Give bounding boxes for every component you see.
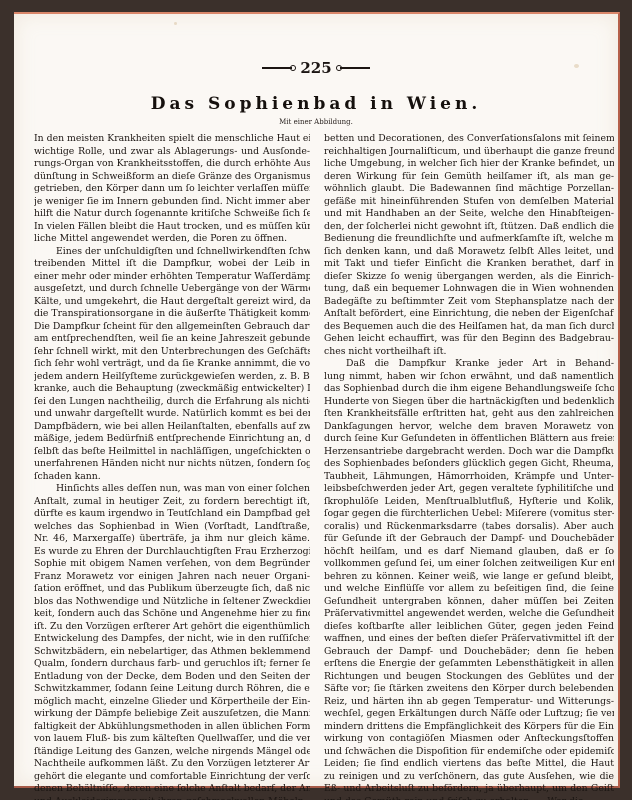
text-line: denen Behältniſſe, deren eine ſolche Anſ… <box>34 783 310 796</box>
text-line: Dankſagungen hervor, welche dem braven M… <box>324 421 614 434</box>
text-line: Es wurde zu Ehren der Durchlauchtigſten … <box>34 546 310 559</box>
text-line: Entladung von der Decke, dem Boden und d… <box>34 671 310 684</box>
text-line: ſogar gegen die fürchterlichen Uebel: Mi… <box>324 508 614 521</box>
text-line: reichhaltigen Journaliſticum, und überha… <box>324 146 614 159</box>
text-line: ſei den Lungen nachtheilig, durch die Er… <box>34 396 310 409</box>
text-line: Franz Morawetz vor einigen Jahren nach n… <box>34 571 310 584</box>
article-title: Das Sophienbad in Wien. <box>14 94 618 114</box>
text-line: rungs-Organ von Krankheitsstoffen, die d… <box>34 158 310 171</box>
text-line: je weniger ſie im Innern gebunden ſind. … <box>34 196 310 209</box>
text-line: mäßige, jedem Bedürfniß entſprechende Ei… <box>34 433 310 446</box>
left-text-column: In den meisten Krankheiten spielt die me… <box>34 133 310 800</box>
text-line: Herzensantriebe dargebracht werden. Doch… <box>324 446 614 459</box>
text-line: wirkung von contagiöſen Miasmen oder Anſ… <box>324 733 614 746</box>
text-line: In vielen Fällen bleibt die Haut trocken… <box>34 221 310 234</box>
text-line: ſten Krankheitsfälle erſtritten hat, geh… <box>324 408 614 421</box>
text-line: Taubheit, Lähmungen, Hämorrhoiden, Krämp… <box>324 471 614 484</box>
text-line: dünſtung in Schweißform an dieſe Gränze … <box>34 171 310 184</box>
text-line: Nachtheile aufkommen läßt. Zu den Vorzüg… <box>34 758 310 771</box>
paper-speck <box>174 22 177 25</box>
page-number-header: 225 <box>14 59 618 77</box>
text-line: Reiz, und härten ihn ab gegen Temperatur… <box>324 696 614 709</box>
text-line: leibsbeſchwerden jeder Art, gegen veralt… <box>324 483 614 496</box>
text-line: zu reinigen und zu verſchönern, das gute… <box>324 771 614 784</box>
text-line: Gebrauch der Dampf- und Douchebäder; den… <box>324 646 614 659</box>
text-line: hilft die Natur durch ſogenannte kritiſc… <box>34 208 310 221</box>
text-line: des Bequemen auch die des Heilſamen hat,… <box>324 321 614 334</box>
text-line: ſelbſt das beſte Heilmittel in nachläſſi… <box>34 446 310 459</box>
text-line: betten und Decorationen, des Converſatio… <box>324 133 614 146</box>
text-line: jedem andern Heilſyſteme zurückgewieſen … <box>34 371 310 384</box>
text-line: wirkung der Dämpfe beliebige Zeit auszuſ… <box>34 708 310 721</box>
text-line: Badegäſte zu beſtimmter Zeit vom Stephan… <box>324 296 614 309</box>
text-line: und welche Einflüſſe vor allem zu beſeit… <box>324 583 614 596</box>
text-line: treibenden Mittel iſt die Dampfkur, wobe… <box>34 258 310 271</box>
text-line: dieſer Skizze ſo wenig übergangen werden… <box>324 271 614 284</box>
text-line: ſehr ſchnell wirkt, mit den Unterbrechun… <box>34 346 310 359</box>
text-line: liche Mittel angewendet werden, die Pore… <box>34 233 310 246</box>
text-line: Eß- und Arbeitsluſt zu befördern, ja übe… <box>324 783 614 796</box>
text-line: den, der ſolcherlei nicht gewohnt iſt, ſ… <box>324 221 614 234</box>
text-line: behren zu können. Keiner weiß, wie lange… <box>324 571 614 584</box>
text-line: tung, daß ein bequemer Lohnwagen die in … <box>324 283 614 296</box>
text-line: kranke, auch die Behauptung (zweckmäßig … <box>34 383 310 396</box>
text-line: und unwahr dargeſtellt wurde. Natürlich … <box>34 408 310 421</box>
text-line: ſkrophulöſe Leiden, Menſtrualblutfluß, H… <box>324 496 614 509</box>
page-number: 225 <box>300 59 331 77</box>
text-line: ſich denken kann, und daß Morawetz ſelbſ… <box>324 246 614 259</box>
text-line: ſchaden kann. <box>34 471 310 484</box>
text-line: iſt. Zu den Vorzügen erſterer Art gehört… <box>34 621 310 634</box>
text-line: dieſes koſtbarſte aller leiblichen Güter… <box>324 621 614 634</box>
text-line: getrieben, den Körper dann um ſo leichte… <box>34 183 310 196</box>
text-line: Anſtalt befördert, eine Einrichtung, die… <box>324 308 614 321</box>
text-line: wechſel, gegen Erkältungen durch Näſſe o… <box>324 708 614 721</box>
right-text-column: betten und Decorationen, des Converſatio… <box>324 133 614 800</box>
ornament-left-icon <box>262 65 296 71</box>
text-line: Dampfbädern, wie bei allen Heilanſtalten… <box>34 421 310 434</box>
text-line: mindern drittens die Empfänglichkeit des… <box>324 721 614 734</box>
text-line: Richtungen und beugen Stockungen des Geb… <box>324 671 614 684</box>
text-line: blos das Nothwendige und Nützliche in ſe… <box>34 596 310 609</box>
text-line: wichtige Rolle, und zwar als Ablagerungs… <box>34 146 310 159</box>
text-line: unerfahrenen Händen nicht nur nichts nüt… <box>34 458 310 471</box>
text-line: höchſt heilſam, und es darf Niemand glau… <box>324 546 614 559</box>
text-line: ches nicht vortheilhaft iſt. <box>324 346 614 359</box>
text-line: Kälte, und umgekehrt, die Haut dergeſtal… <box>34 296 310 309</box>
text-line: und das Gemüth rein und friſch zu erhalt… <box>324 796 614 800</box>
text-line: Hunderte von Siegen über die hartnäckigſ… <box>324 396 614 409</box>
text-line: welches das Sophienbad in Wien (Vorſtadt… <box>34 521 310 534</box>
text-line: erſtens die Energie der geſammten Lebens… <box>324 658 614 671</box>
text-line: dürfte es kaum irgendwo in Teutſchland e… <box>34 508 310 521</box>
text-line: ſation eröffnet, und das Publikum überze… <box>34 583 310 596</box>
text-line: ausgeſetzt, und durch ſchnelle Uebergäng… <box>34 283 310 296</box>
text-line: möglich macht, einzelne Glieder und Körp… <box>34 696 310 709</box>
text-line: coralis) und Rückenmarksdarre (tabes dor… <box>324 521 614 534</box>
text-line: Säfte vor; ſie ſtärken zweitens den Körp… <box>324 683 614 696</box>
text-line: ſtändige Leitung des Ganzen, welche nirg… <box>34 746 310 759</box>
text-line: wöhnlich glaubt. Die Badewannen ſind mäc… <box>324 183 614 196</box>
text-line: Die Dampfkur ſcheint für den allgemeinſt… <box>34 321 310 334</box>
text-line: vollkommen geſund ſei, um einer ſolchen … <box>324 558 614 571</box>
text-line: keit, ſondern auch das Schöne und Angene… <box>34 608 310 621</box>
text-line: einer mehr oder minder erhöhten Temperat… <box>34 271 310 284</box>
text-line: Eines der unſchuldigſten und ſchnellwirk… <box>34 246 310 259</box>
text-line: Hinſichts alles deſſen nun, was man von … <box>34 483 310 496</box>
text-line: faltigkeit der Abkühlungsmethoden in all… <box>34 721 310 734</box>
text-line: gehört die elegante und comfortable Einr… <box>34 771 310 784</box>
text-line: Schwitzbädern, ein nebelartiger, das Ath… <box>34 646 310 659</box>
text-line: ſich ſehr wohl verträgt, und da ſie Kran… <box>34 358 310 371</box>
text-line: waffnen, und eines der beſten dieſer Prä… <box>324 633 614 646</box>
text-line: lung nimmt, haben wir ſchon erwähnt, und… <box>324 371 614 384</box>
text-line: gefäße mit hineinführenden Stufen von de… <box>324 196 614 209</box>
text-line: Nr. 46, Marxergaſſe) überträfe, ja ihm n… <box>34 533 310 546</box>
page-sheet: 225 Das Sophienbad in Wien. Mit einer Ab… <box>14 12 620 788</box>
text-line: Schwitzkammer, ſodann ſeine Leitung durc… <box>34 683 310 696</box>
text-line: mit Takt und tiefer Einſicht die Kranken… <box>324 258 614 271</box>
text-line: Gehen leicht echauffirt, was für den Beg… <box>324 333 614 346</box>
text-line: liche Umgebung, in welcher ſich hier der… <box>324 158 614 171</box>
text-line: und Auskleidezimmer mit ihren geſchmackv… <box>34 796 310 800</box>
text-line: Daß die Dampfkur Kranke jeder Art in Beh… <box>324 358 614 371</box>
text-line: Geſundheit untergraben können, daher müſ… <box>324 596 614 609</box>
text-line: Anſtalt, zumal in heutiger Zeit, zu ford… <box>34 496 310 509</box>
text-line: und ſchwächen die Dispoſition für endemi… <box>324 746 614 759</box>
text-line: für Geſunde iſt der Gebrauch der Dampf- … <box>324 533 614 546</box>
text-line: und mit Handhaben an der Seite, welche d… <box>324 208 614 221</box>
text-line: deren Wirkung für ſein Gemüth heilſamer … <box>324 171 614 184</box>
text-line: am entſprechendſten, weil ſie an keine J… <box>34 333 310 346</box>
text-line: Präſervativmittel angewendet werden, wel… <box>324 608 614 621</box>
text-line: In den meisten Krankheiten spielt die me… <box>34 133 310 146</box>
text-line: von lauem Fluß- bis zum kälteſten Quellw… <box>34 733 310 746</box>
text-line: durch ſeine Kur Geſundeten in öffentlich… <box>324 433 614 446</box>
article-subtitle: Mit einer Abbildung. <box>14 118 618 126</box>
text-line: Qualm, ſondern durchaus farb- und geruch… <box>34 658 310 671</box>
ornament-right-icon <box>336 65 370 71</box>
text-line: Bedienung die freundlichſte und aufmerkſ… <box>324 233 614 246</box>
text-line: die Transpirationsorgane in die äußerſte… <box>34 308 310 321</box>
text-line: Leiden; ſie ſind endlich viertens das be… <box>324 758 614 771</box>
text-line: das Sophienbad durch die ihm eigene Beha… <box>324 383 614 396</box>
text-line: Sophie mit obigem Namen verſehen, von de… <box>34 558 310 571</box>
text-line: des Sophienbades beſonders glücklich geg… <box>324 458 614 471</box>
text-line: Entwickelung des Dampfes, der nicht, wie… <box>34 633 310 646</box>
